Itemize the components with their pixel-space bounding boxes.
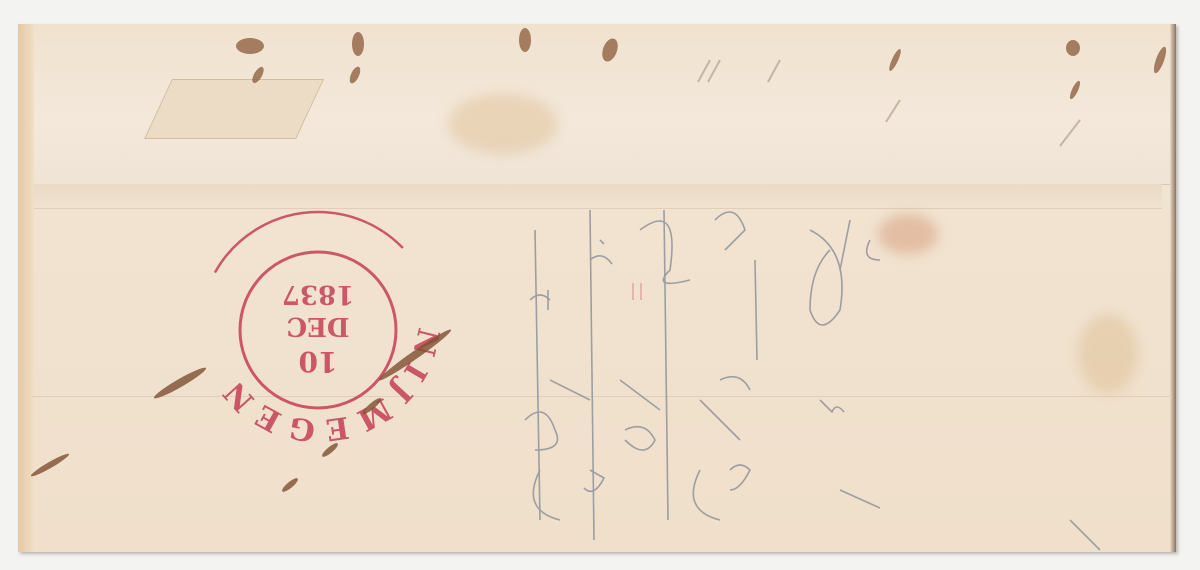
svg-text:10: 10 bbox=[299, 345, 338, 378]
svg-text:NIJMEGEN: NIJMEGEN bbox=[212, 325, 446, 448]
markings-layer: NIJMEGEN 10 DEC 1837 bbox=[0, 0, 1200, 570]
postmark: NIJMEGEN 10 DEC 1837 bbox=[200, 212, 446, 448]
svg-text:DEC: DEC bbox=[286, 311, 349, 341]
svg-text:1837: 1837 bbox=[282, 279, 354, 309]
